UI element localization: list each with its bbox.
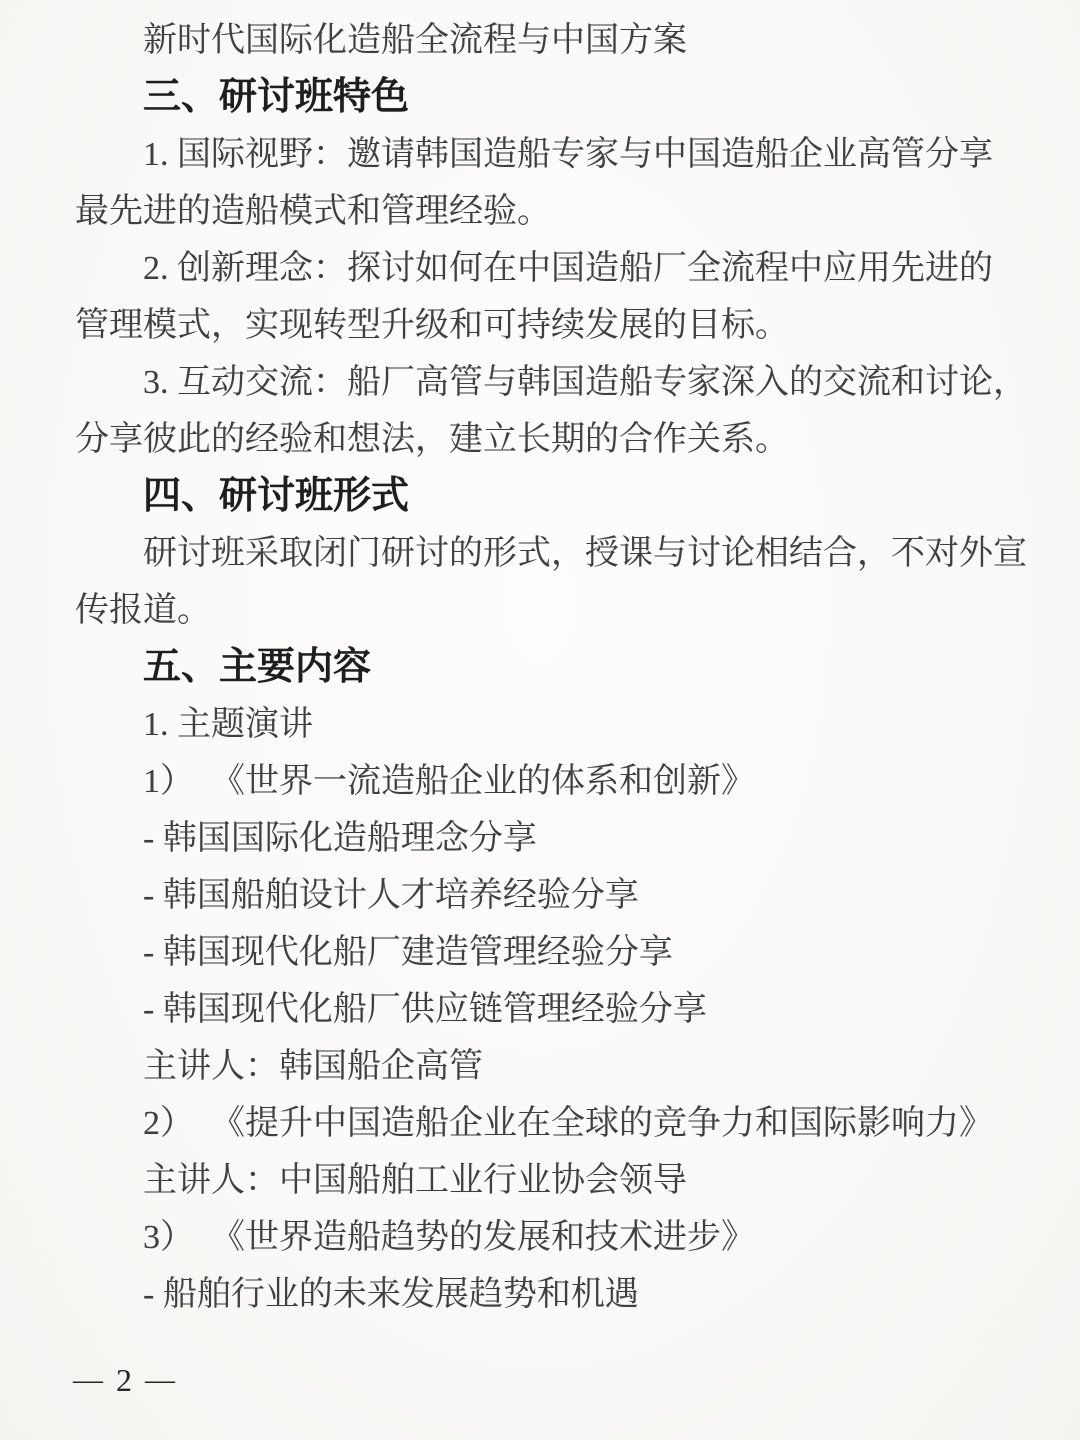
text-line: - 船舶行业的未来发展趋势和机遇 [75, 1266, 1032, 1323]
text-line: 新时代国际化造船全流程与中国方案 [75, 12, 1032, 69]
text-line: - 韩国现代化船厂供应链管理经验分享 [75, 981, 1032, 1038]
text-line: 管理模式，实现转型升级和可持续发展的目标。 [75, 297, 1032, 354]
page-footer: — 2 — [73, 1362, 175, 1398]
text-line: 传报道。 [75, 582, 1032, 639]
document-body: 新时代国际化造船全流程与中国方案三、研讨班特色1. 国际视野：邀请韩国造船专家与… [75, 12, 1032, 1323]
text-line: 主讲人：韩国船企高管 [75, 1038, 1032, 1095]
section-heading: 四、研讨班形式 [75, 468, 1032, 525]
text-line: 研讨班采取闭门研讨的形式，授课与讨论相结合，不对外宣 [75, 525, 1032, 582]
text-line: 最先进的造船模式和管理经验。 [75, 183, 1032, 240]
text-line: - 韩国现代化船厂建造管理经验分享 [75, 924, 1032, 981]
text-line: - 韩国国际化造船理念分享 [75, 810, 1032, 867]
text-line: 3. 互动交流：船厂高管与韩国造船专家深入的交流和讨论， [75, 354, 1032, 411]
text-line: 2. 创新理念：探讨如何在中国造船厂全流程中应用先进的 [75, 240, 1032, 297]
text-line: 1） 《世界一流造船企业的体系和创新》 [75, 753, 1032, 810]
text-line: 主讲人：中国船舶工业行业协会领导 [75, 1152, 1032, 1209]
text-line: 1. 主题演讲 [75, 696, 1032, 753]
text-line: 3） 《世界造船趋势的发展和技术进步》 [75, 1209, 1032, 1266]
section-heading: 三、研讨班特色 [75, 69, 1032, 126]
page-number: 2 [116, 1362, 132, 1398]
text-line: 1. 国际视野：邀请韩国造船专家与中国造船企业高管分享 [75, 126, 1032, 183]
text-line: - 韩国船舶设计人才培养经验分享 [75, 867, 1032, 924]
section-heading: 五、主要内容 [75, 639, 1032, 696]
text-line: 2） 《提升中国造船企业在全球的竞争力和国际影响力》 [75, 1095, 1032, 1152]
footer-dash-left: — [73, 1362, 103, 1398]
footer-dash-right: — [145, 1362, 175, 1398]
document-page: 新时代国际化造船全流程与中国方案三、研讨班特色1. 国际视野：邀请韩国造船专家与… [0, 0, 1080, 1440]
text-line: 分享彼此的经验和想法，建立长期的合作关系。 [75, 411, 1032, 468]
